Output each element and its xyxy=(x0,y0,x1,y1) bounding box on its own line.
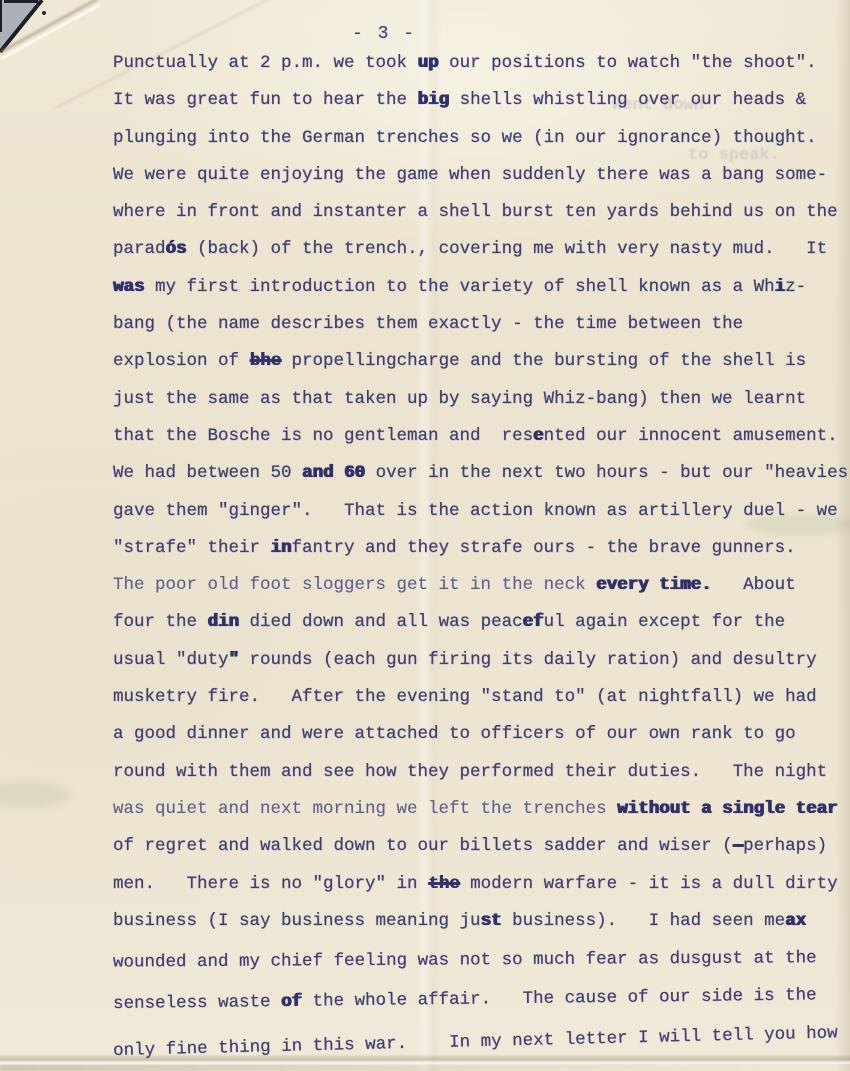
letter-line: just the same as that taken up by saying… xyxy=(113,381,850,418)
page-number: - 3 - xyxy=(352,24,416,44)
letter-line: a good dinner and were attached to offic… xyxy=(113,716,850,753)
letter-line: The poor old foot sloggers get it in the… xyxy=(113,567,850,604)
letter-line: where in front and instanter a shell bur… xyxy=(113,194,850,231)
letter-line: plunging into the German trenches so we … xyxy=(113,120,850,157)
letter-line: musketry fire. After the evening "stand … xyxy=(113,679,850,716)
letter-line: Punctually at 2 p.m. we took up our posi… xyxy=(113,45,850,82)
letter-line: round with them and see how they perform… xyxy=(113,754,850,791)
letter-line: usual "duty" rounds (each gun firing its… xyxy=(113,642,850,679)
letter-line: It was great fun to hear the big shells … xyxy=(113,82,850,119)
letter-line: only fine thing in this war. In my next … xyxy=(113,1015,850,1070)
letter-line: paradós (back) of the trench., covering … xyxy=(113,231,850,268)
letter-line: business (I say business meaning just bu… xyxy=(113,903,850,940)
letter-line: of regret and walked down to our billets… xyxy=(113,828,850,865)
letter-line: "strafe" their infantry and they strafe … xyxy=(113,530,850,567)
letter-line: gave them "ginger". That is the action k… xyxy=(113,493,850,530)
letter-line: We were quite enjoying the game when sud… xyxy=(113,157,850,194)
scan-corner xyxy=(0,0,70,70)
letter-line: wounded and my chief feeling was not so … xyxy=(113,940,850,982)
letter-page: went downto speak. - 3 - Punctually at 2… xyxy=(0,0,850,1071)
letter-line: bang (the name describes them exactly - … xyxy=(113,306,850,343)
letter-line: was my first introduction to the variety… xyxy=(113,269,850,306)
letter-line: four the din died down and all was peace… xyxy=(113,604,850,641)
letter-line: that the Bosche is no gentleman and rese… xyxy=(113,418,850,455)
letter-lines: Punctually at 2 p.m. we took up our posi… xyxy=(113,45,850,1052)
letter-line: We had between 50 and 60 over in the nex… xyxy=(113,455,850,492)
paper-stain xyxy=(0,782,70,808)
letter-line: was quiet and next morning we left the t… xyxy=(113,791,850,828)
letter-line: men. There is no "glory" in the modern w… xyxy=(113,866,850,903)
letter-line: explosion of bhe propellingcharge and th… xyxy=(113,343,850,380)
